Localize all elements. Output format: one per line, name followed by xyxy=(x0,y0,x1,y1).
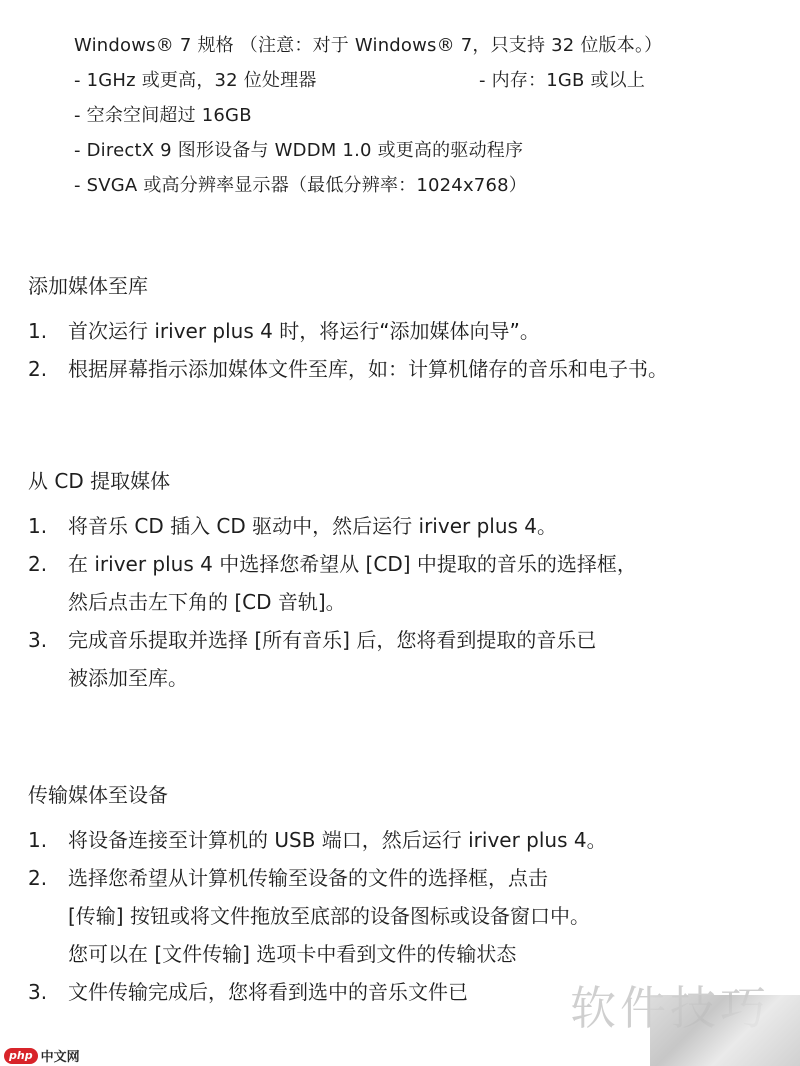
step-text-continued: 被添加至库。 xyxy=(68,659,637,697)
step-text: 文件传输完成后，您将看到选中的音乐文件已 xyxy=(68,973,607,1011)
step-number: 1. xyxy=(28,312,64,350)
requirements-title: Windows® 7 规格 （注意：对于 Windows® 7，只支持 32 位… xyxy=(74,28,662,63)
step-number: 1. xyxy=(28,507,64,545)
system-requirements: Windows® 7 规格 （注意：对于 Windows® 7，只支持 32 位… xyxy=(74,28,662,203)
step-number: 1. xyxy=(28,821,64,859)
step-text-continued: 然后点击左下角的 [CD 音轨]。 xyxy=(68,583,637,621)
step-item: 1. 首次运行 iriver plus 4 时，将运行“添加媒体向导”。 xyxy=(28,312,668,350)
requirement-display: - SVGA 或高分辨率显示器（最低分辨率：1024x768） xyxy=(74,168,662,203)
watermark-fade xyxy=(565,936,685,966)
section-heading: 添加媒体至库 xyxy=(28,266,668,306)
document-page: Windows® 7 规格 （注意：对于 Windows® 7，只支持 32 位… xyxy=(0,0,800,1066)
step-number: 3. xyxy=(28,973,64,1011)
step-text: 完成音乐提取并选择 [所有音乐] 后，您将看到提取的音乐已 xyxy=(68,621,637,659)
step-text: 根据屏幕指示添加媒体文件至库，如：计算机储存的音乐和电子书。 xyxy=(68,350,668,388)
steps-list: 1. 将设备连接至计算机的 USB 端口，然后运行 iriver plus 4。… xyxy=(28,821,607,1011)
step-text: 将音乐 CD 插入 CD 驱动中，然后运行 iriver plus 4。 xyxy=(68,507,637,545)
step-text: 选择您希望从计算机传输至设备的文件的选择框，点击 xyxy=(68,859,607,897)
step-text: 首次运行 iriver plus 4 时，将运行“添加媒体向导”。 xyxy=(68,312,668,350)
requirement-cpu: - 1GHz 或更高，32 位处理器 xyxy=(74,70,317,91)
steps-list: 1. 将音乐 CD 插入 CD 驱动中，然后运行 iriver plus 4。 … xyxy=(28,507,637,697)
section-transfer-media: 传输媒体至设备 1. 将设备连接至计算机的 USB 端口，然后运行 iriver… xyxy=(28,775,607,1011)
logo-text: 中文网 xyxy=(41,1046,80,1065)
requirement-graphics: - DirectX 9 图形设备与 WDDM 1.0 或更高的驱动程序 xyxy=(74,133,662,168)
step-number: 3. xyxy=(28,621,64,659)
watermark-blur-block xyxy=(650,995,800,1066)
step-text: 在 iriver plus 4 中选择您希望从 [CD] 中提取的音乐的选择框， xyxy=(68,545,637,583)
requirement-memory: - 内存：1GB 或以上 xyxy=(479,63,645,98)
step-item: 2. 在 iriver plus 4 中选择您希望从 [CD] 中提取的音乐的选… xyxy=(28,545,637,621)
requirement-disk: - 空余空间超过 16GB xyxy=(74,98,662,133)
step-text: 将设备连接至计算机的 USB 端口，然后运行 iriver plus 4。 xyxy=(68,821,607,859)
step-item: 3. 文件传输完成后，您将看到选中的音乐文件已 xyxy=(28,973,607,1011)
steps-list: 1. 首次运行 iriver plus 4 时，将运行“添加媒体向导”。 2. … xyxy=(28,312,668,388)
step-item: 1. 将音乐 CD 插入 CD 驱动中，然后运行 iriver plus 4。 xyxy=(28,507,637,545)
requirement-item: - 1GHz 或更高，32 位处理器 - 内存：1GB 或以上 xyxy=(74,63,662,98)
section-rip-cd: 从 CD 提取媒体 1. 将音乐 CD 插入 CD 驱动中，然后运行 irive… xyxy=(28,461,637,697)
section-add-media: 添加媒体至库 1. 首次运行 iriver plus 4 时，将运行“添加媒体向… xyxy=(28,266,668,388)
step-item: 2. 根据屏幕指示添加媒体文件至库，如：计算机储存的音乐和电子书。 xyxy=(28,350,668,388)
site-logo: php 中文网 xyxy=(4,1046,80,1065)
section-heading: 从 CD 提取媒体 xyxy=(28,461,637,501)
step-text-continued: 您可以在 [文件传输] 选项卡中看到文件的传输状态 xyxy=(68,935,607,973)
section-heading: 传输媒体至设备 xyxy=(28,775,607,815)
step-text-continued: [传输] 按钮或将文件拖放至底部的设备图标或设备窗口中。 xyxy=(68,897,607,935)
php-logo-icon: php xyxy=(4,1048,38,1064)
step-number: 2. xyxy=(28,545,64,583)
step-number: 2. xyxy=(28,350,64,388)
step-number: 2. xyxy=(28,859,64,897)
step-item: 1. 将设备连接至计算机的 USB 端口，然后运行 iriver plus 4。 xyxy=(28,821,607,859)
step-item: 2. 选择您希望从计算机传输至设备的文件的选择框，点击 [传输] 按钮或将文件拖… xyxy=(28,859,607,973)
step-item: 3. 完成音乐提取并选择 [所有音乐] 后，您将看到提取的音乐已 被添加至库。 xyxy=(28,621,637,697)
